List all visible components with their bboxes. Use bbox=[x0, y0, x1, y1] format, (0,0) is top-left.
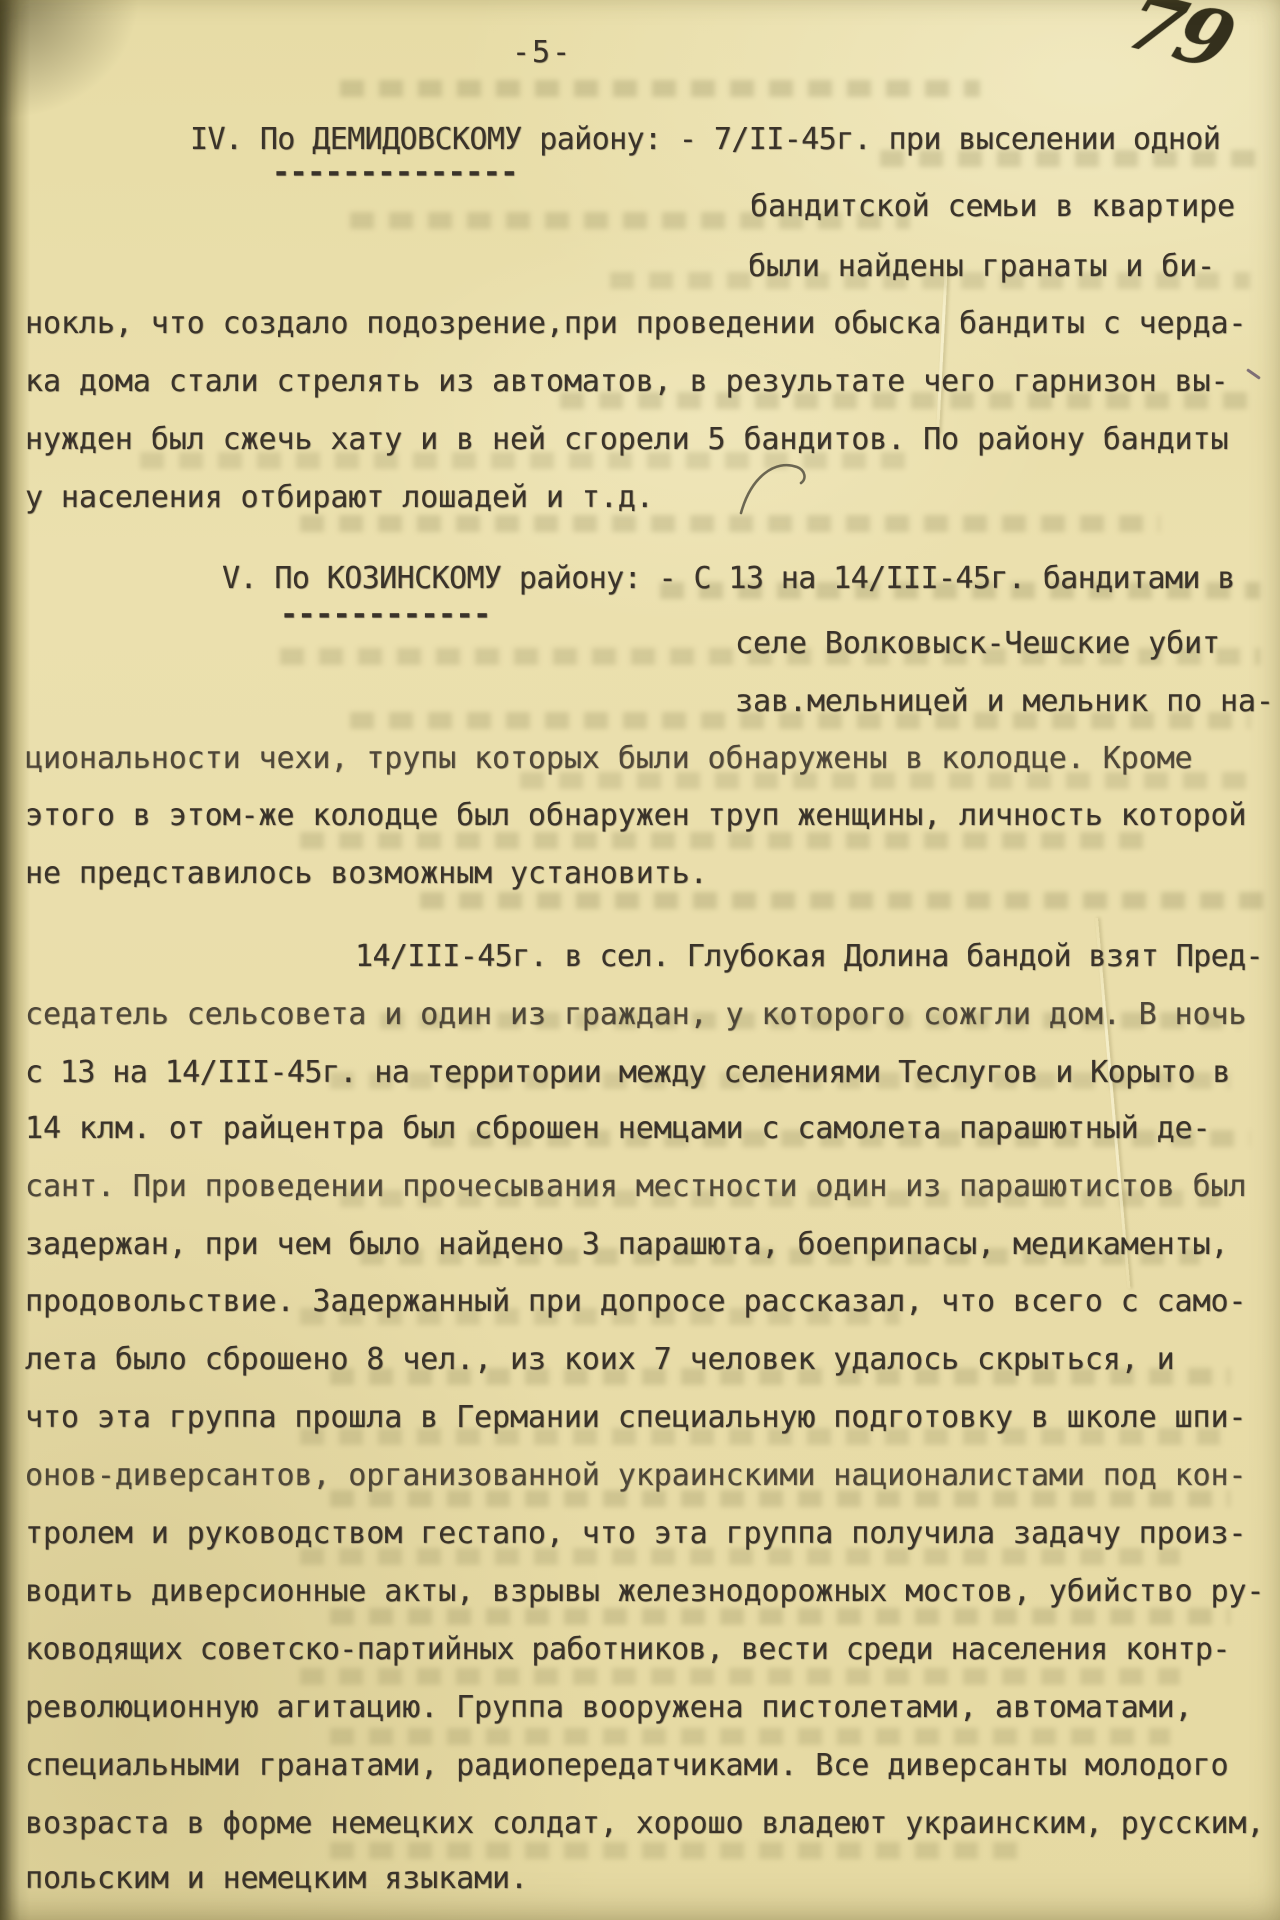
scanned-document-page: 79 -5- IV. По ДЕМИДОВСКОМУ району: - 7/I… bbox=[0, 0, 1280, 1920]
paper-vignette bbox=[0, 0, 1280, 1920]
